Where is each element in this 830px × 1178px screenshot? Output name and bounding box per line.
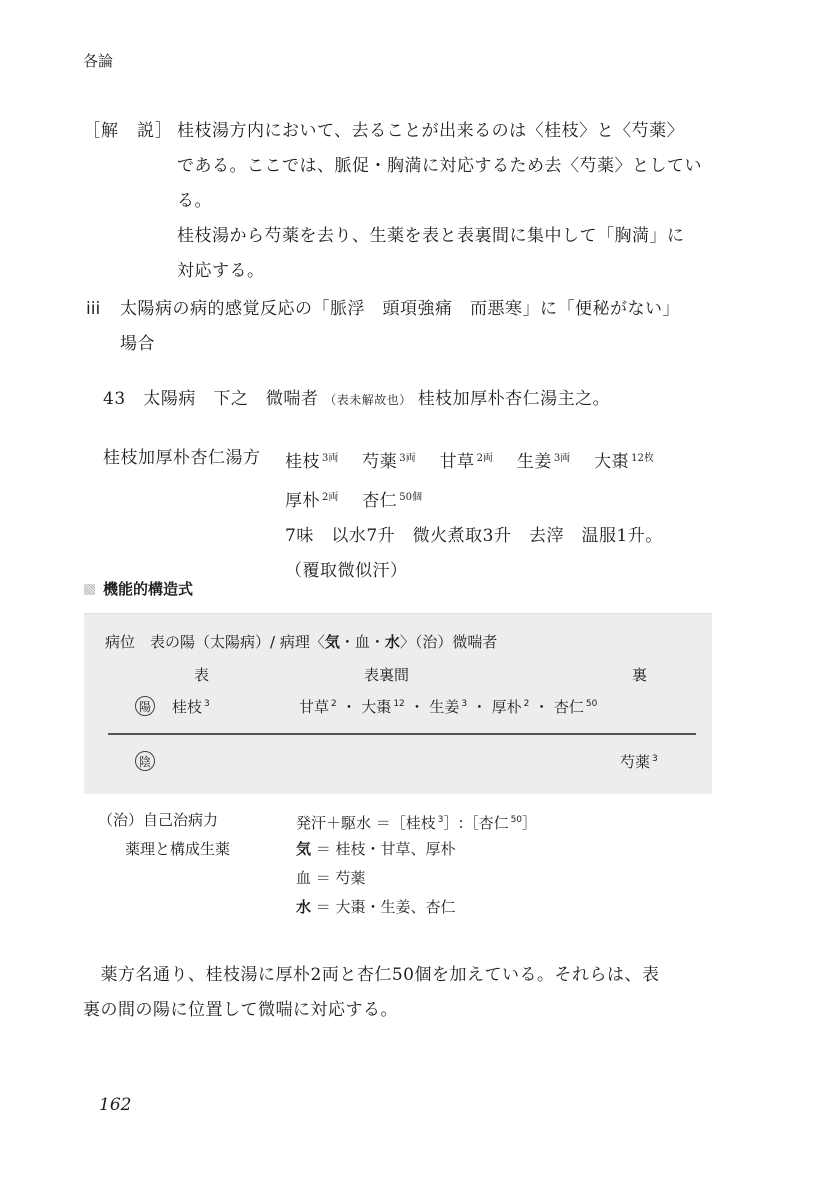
commentary-line: 対応する。 — [177, 254, 737, 289]
section-heading: 機能的構造式 — [84, 578, 193, 599]
clause-text: 桂枝加厚朴杏仁湯主之。 — [418, 389, 611, 409]
functional-structure-box: 病位 表の陽（太陽病）/ 病理〈気・血・水〉（治）微喘者 表 表裏間 裏 陽 桂… — [84, 613, 712, 794]
formula-body: 桂枝3両 芍薬3両 甘草2両 生姜3両 大棗12枚 厚朴2両 杏仁50個 7味 … — [285, 441, 672, 589]
yin-interior-herbs: 芍薬3 — [620, 751, 658, 772]
summary-line: 裏の間の陽に位置して微喘に対応する。 — [83, 993, 723, 1028]
herb-item: 厚朴2両 — [285, 491, 338, 511]
subsection-line: 太陽病の病的感覚反応の「脈浮 頭項強痛 而悪寒」に「便秘がない」 — [120, 292, 680, 327]
yin-yang-divider — [108, 733, 696, 735]
yang-intermediate-herbs: 甘草2 ・ 大棗12 ・ 生姜3 ・ 厚朴2 ・ 杏仁50 — [299, 696, 597, 717]
commentary-body: 桂枝湯方内において、去ることが出来るのは〈桂枝〉と〈芍薬〉 である。ここでは、脈… — [177, 114, 737, 289]
treatment-value: 血 ＝ 芍薬 — [296, 864, 366, 893]
herb-item: 大棗12枚 — [594, 452, 654, 472]
herb-item: 生姜3両 — [517, 452, 570, 472]
treatment-value: 水 ＝ 大棗・生姜、杏仁 — [296, 893, 456, 922]
herb-item: 甘草2両 — [440, 452, 493, 472]
formula-preparation: 7味 以水7升 微火煮取3升 去滓 温服1升。 — [285, 519, 672, 554]
formula-herbs-row: 桂枝3両 芍薬3両 甘草2両 生姜3両 大棗12枚 — [285, 441, 672, 480]
running-head: 各論 — [83, 50, 113, 71]
column-header-intermediate: 表裏間 — [364, 664, 409, 685]
clause-note: （表未解故也） — [324, 393, 412, 407]
heading-bullet-icon — [84, 584, 95, 595]
clause-text: 太陽病 下之 微喘者 — [143, 389, 318, 409]
summary-paragraph: 薬方名通り、桂枝湯に厚朴2両と杏仁50個を加えている。それらは、表 裏の間の陽に… — [83, 958, 723, 1028]
subsection-line: 場合 — [120, 327, 680, 362]
formula-name: 桂枝加厚朴杏仁湯方 — [103, 441, 261, 476]
yang-circle-icon: 陽 — [135, 696, 155, 716]
commentary-line: 桂枝湯から芍薬を去り、生薬を表と表裏間に集中して「胸満」に — [177, 219, 737, 254]
column-header-interior: 裏 — [632, 664, 647, 685]
treatment-value: 気 ＝ 桂枝・甘草、厚朴 — [296, 835, 456, 864]
treatment-value: 発汗＋駆水 ＝［桂枝3］:［杏仁50］ — [296, 806, 537, 838]
commentary-line: る。 — [177, 184, 737, 219]
subsection-heading: 太陽病の病的感覚反応の「脈浮 頭項強痛 而悪寒」に「便秘がない」 場合 — [120, 292, 680, 362]
treatment-label: （治）自己治病力 — [98, 806, 218, 835]
formula-herbs-row: 厚朴2両 杏仁50個 — [285, 480, 672, 519]
column-header-exterior: 表 — [194, 664, 209, 685]
clause-43: 43 太陽病 下之 微喘者 （表未解故也） 桂枝加厚朴杏仁湯主之。 — [103, 382, 610, 418]
treatment-label: 薬理と構成生薬 — [125, 835, 230, 864]
subsection-number: iii — [86, 292, 100, 327]
yang-exterior-herbs: 桂枝3 — [172, 696, 210, 717]
commentary-line: 桂枝湯方内において、去ることが出来るのは〈桂枝〉と〈芍薬〉 — [177, 114, 737, 149]
yin-circle-icon: 陰 — [135, 751, 155, 771]
summary-line: 薬方名通り、桂枝湯に厚朴2両と杏仁50個を加えている。それらは、表 — [83, 958, 723, 993]
herb-item: 杏仁50個 — [362, 491, 422, 511]
commentary-line: である。ここでは、脈促・胸満に対応するため去〈芍薬〉としてい — [177, 149, 737, 184]
page-number: 162 — [99, 1095, 131, 1115]
herb-item: 芍薬3両 — [362, 452, 415, 472]
formula-note: （覆取微似汗） — [285, 554, 672, 589]
commentary-label: ［解 説］ — [83, 114, 173, 149]
clause-number: 43 — [103, 389, 126, 409]
herb-item: 桂枝3両 — [285, 452, 338, 472]
pathology-line: 病位 表の陽（太陽病）/ 病理〈気・血・水〉（治）微喘者 — [105, 631, 497, 652]
